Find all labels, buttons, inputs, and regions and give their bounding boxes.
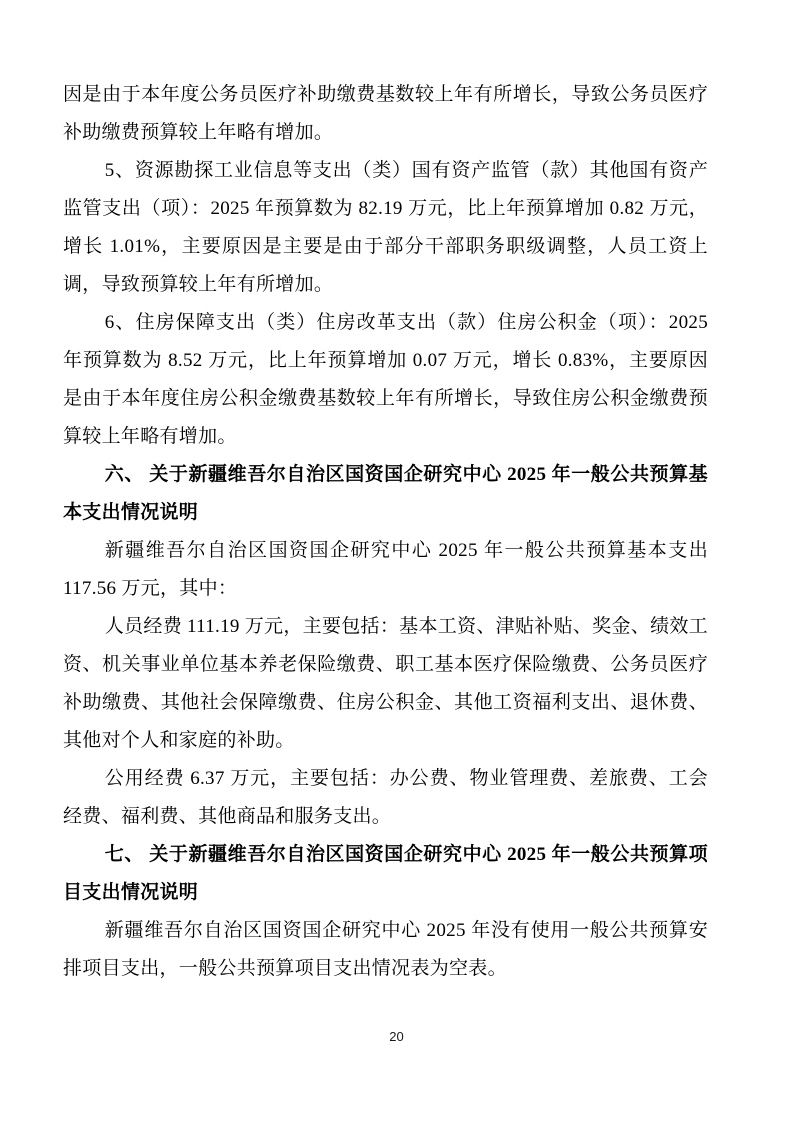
paragraph-item6-housing-security: 6、住房保障支出（类）住房改革支出（款）住房公积金（项）：2025 年预算数为 … <box>63 304 708 456</box>
page-number: 20 <box>0 1029 793 1044</box>
paragraph-continuation-medical-subsidy: 因是由于本年度公务员医疗补助缴费基数较上年有所增长，导致公务员医疗补助缴费预算较… <box>63 76 708 152</box>
paragraph-item5-resource-exploration: 5、资源勘探工业信息等支出（类）国有资产监管（款）其他国有资产监管支出（项）：2… <box>63 152 708 304</box>
paragraph-public-expenses: 公用经费 6.37 万元，主要包括：办公费、物业管理费、差旅费、工会经费、福利费… <box>63 760 708 836</box>
section-heading-7-project-expenditure: 七、 关于新疆维吾尔自治区国资国企研究中心 2025 年一般公共预算项目支出情况… <box>63 836 708 912</box>
paragraph-personnel-expenses: 人员经费 111.19 万元，主要包括：基本工资、津贴补贴、奖金、绩效工资、机关… <box>63 608 708 760</box>
document-page: 因是由于本年度公务员医疗补助缴费基数较上年有所增长，导致公务员医疗补助缴费预算较… <box>0 0 793 1122</box>
paragraph-project-expenditure-empty: 新疆维吾尔自治区国资国企研究中心 2025 年没有使用一般公共预算安排项目支出，… <box>63 912 708 988</box>
paragraph-basic-expenditure-total: 新疆维吾尔自治区国资国企研究中心 2025 年一般公共预算基本支出 117.56… <box>63 532 708 608</box>
document-body: 因是由于本年度公务员医疗补助缴费基数较上年有所增长，导致公务员医疗补助缴费预算较… <box>63 76 708 988</box>
section-heading-6-basic-expenditure: 六、 关于新疆维吾尔自治区国资国企研究中心 2025 年一般公共预算基本支出情况… <box>63 456 708 532</box>
